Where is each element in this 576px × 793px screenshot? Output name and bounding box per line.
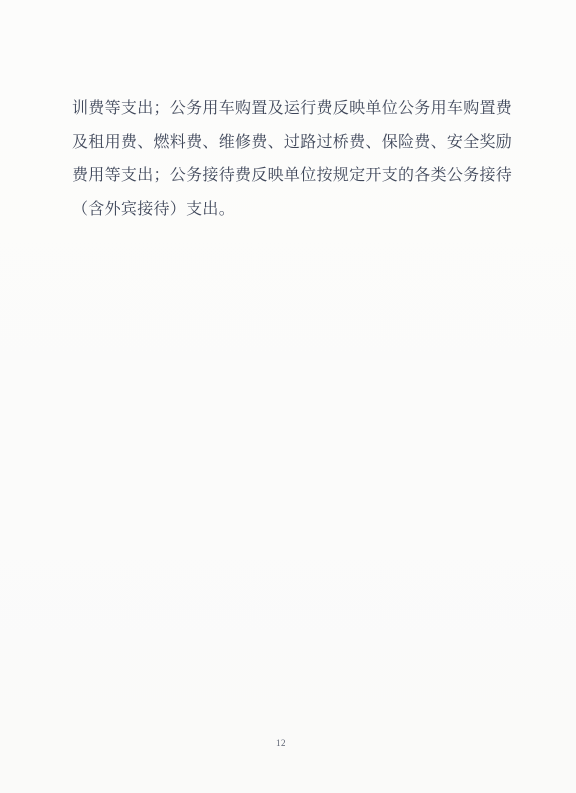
document-page: 训费等支出；公务用车购置及运行费反映单位公务用车购置费 及租用费、燃料费、维修费… xyxy=(0,0,576,793)
page-number: 12 xyxy=(0,738,562,748)
paragraph-line: 训费等支出；公务用车购置及运行费反映单位公务用车购置费 xyxy=(72,92,509,126)
paragraph: 训费等支出；公务用车购置及运行费反映单位公务用车购置费 及租用费、燃料费、维修费… xyxy=(72,92,509,226)
paragraph-line: 及租用费、燃料费、维修费、过路过桥费、保险费、安全奖励 xyxy=(72,126,509,160)
paragraph-line: 费用等支出；公务接待费反映单位按规定开支的各类公务接待 xyxy=(72,159,509,193)
paragraph-line: （含外宾接待）支出。 xyxy=(72,193,509,227)
